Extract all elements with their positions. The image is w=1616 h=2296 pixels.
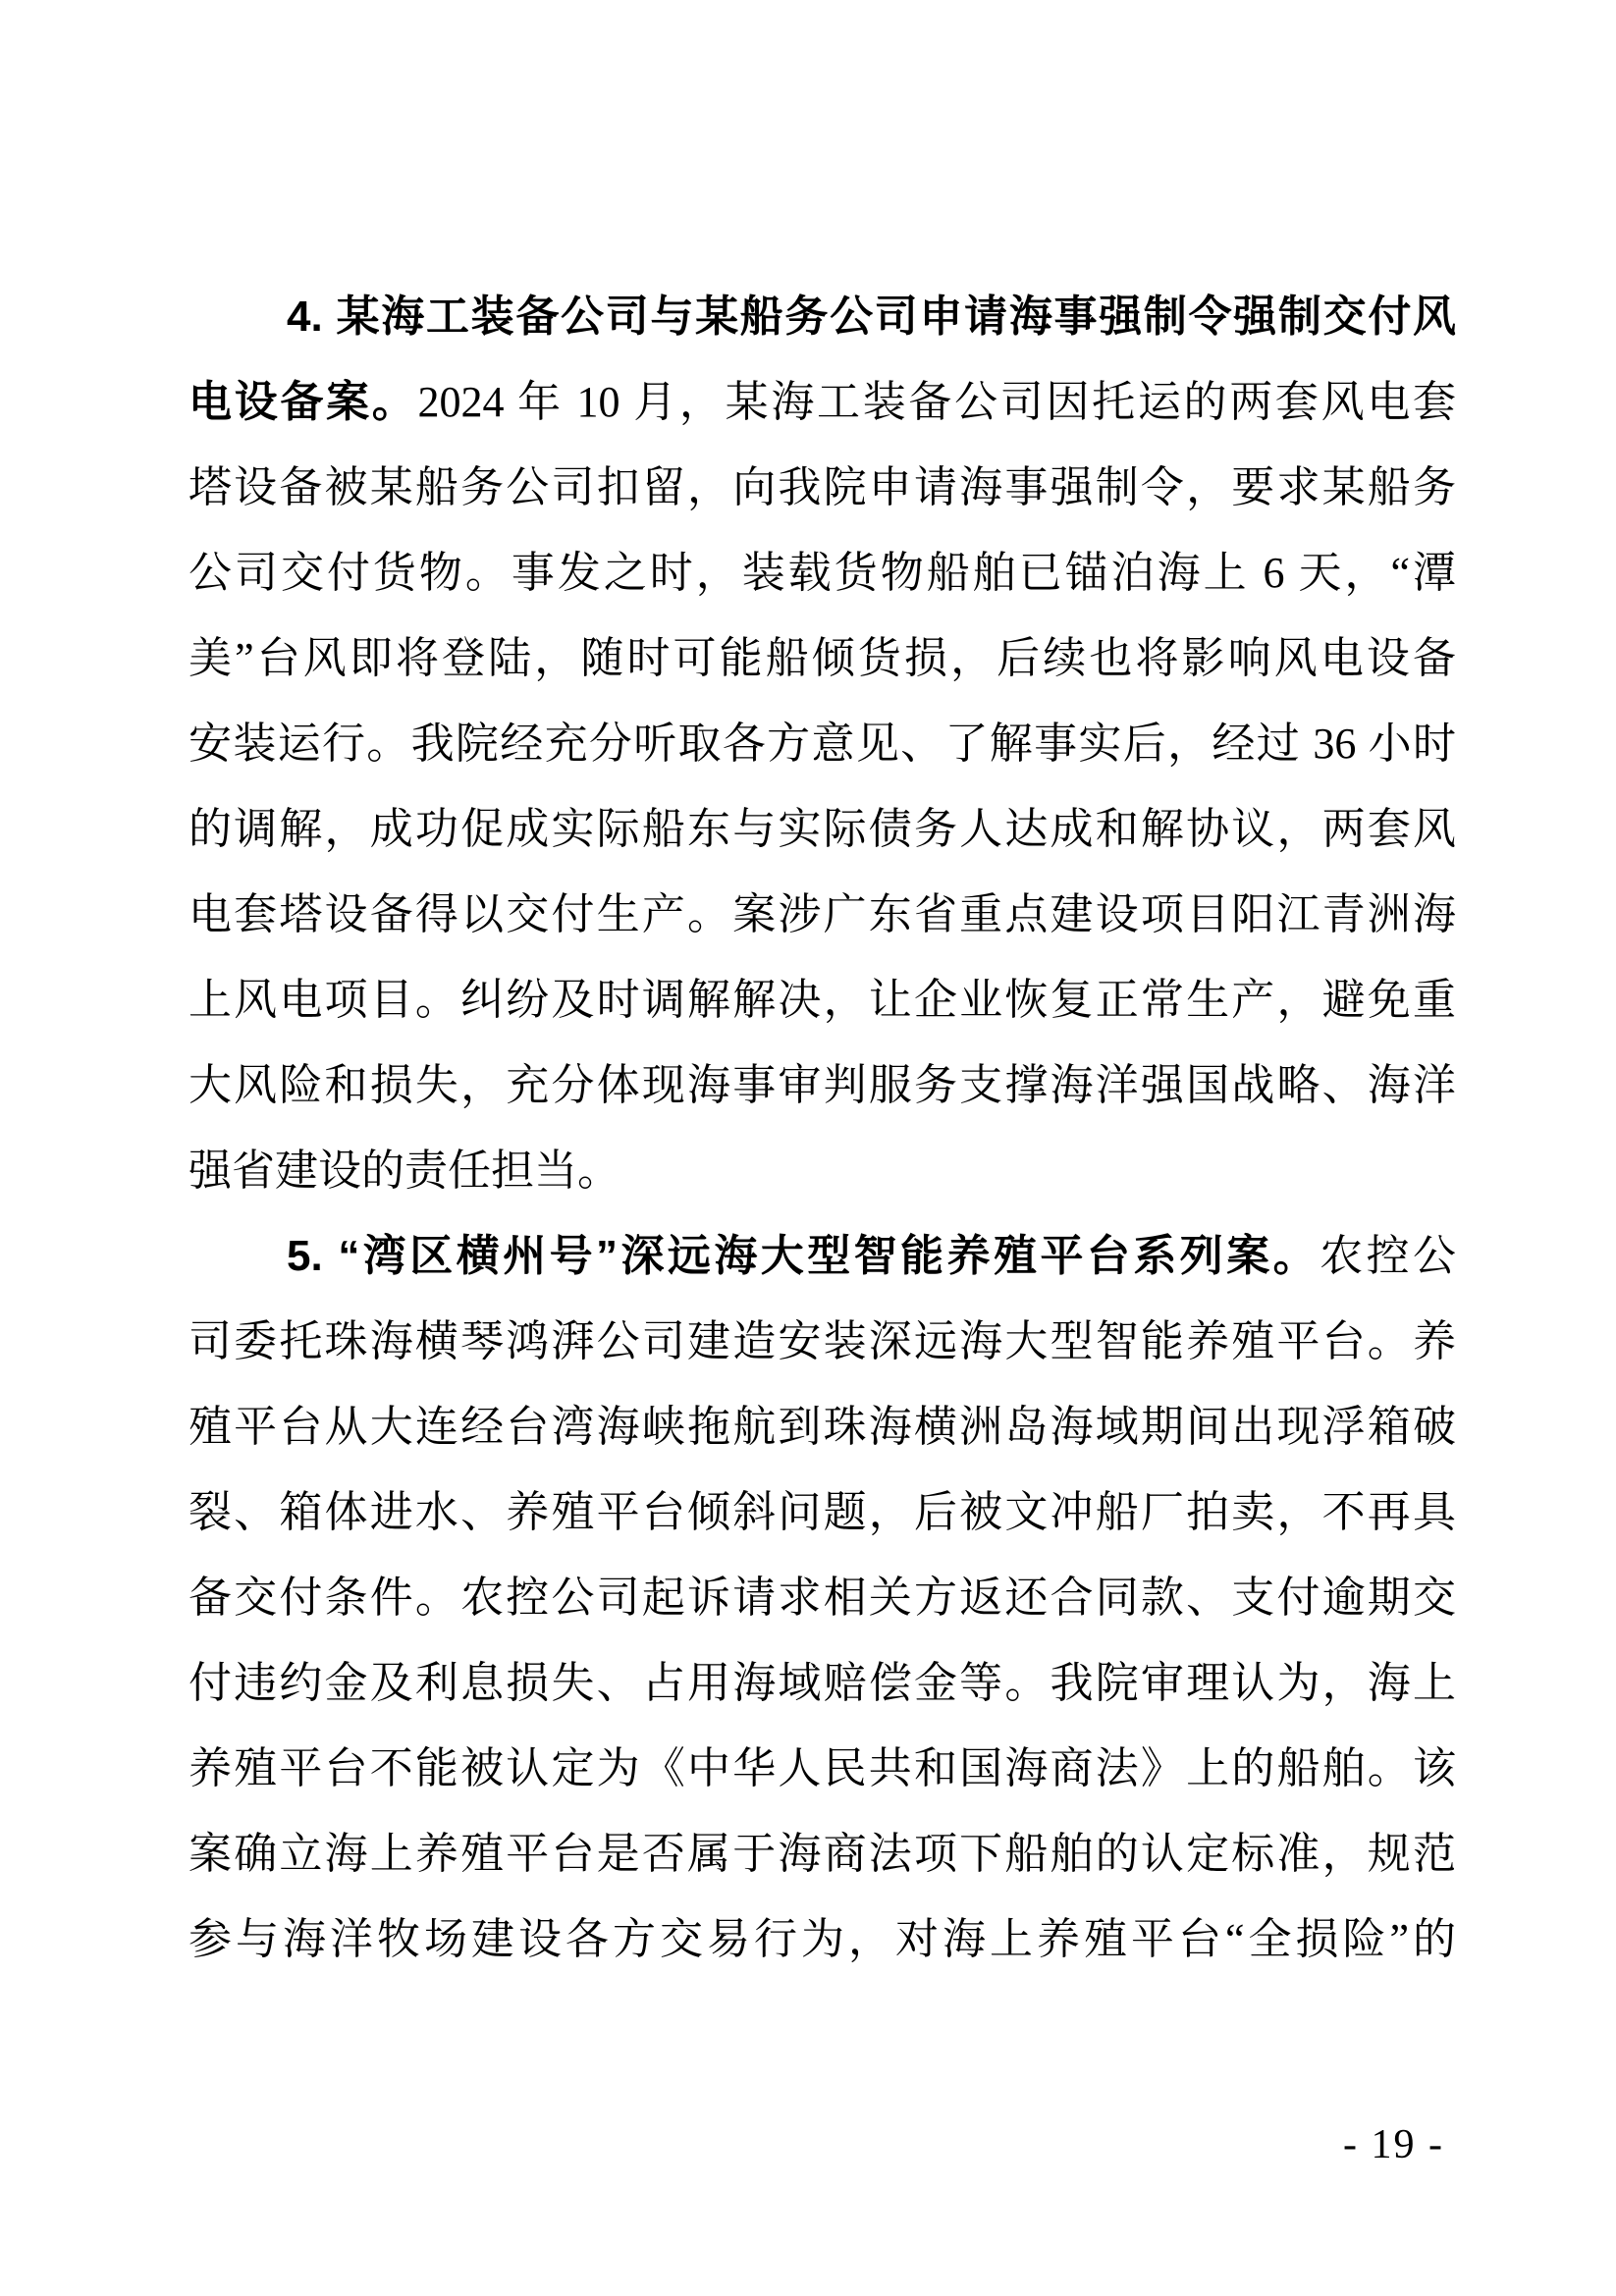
paragraph-5-line-7: 养殖平台不能被认定为《中华人民共和国海商法》上的船舶。该	[189, 1726, 1456, 1811]
paragraph-5-line-9: 参与海洋牧场建设各方交易行为，对海上养殖平台“全损险”的	[189, 1896, 1456, 1982]
paragraph-4-text: 2024 年 10 月，某海工装备公司因托运的两套风电套	[417, 378, 1456, 426]
paragraph-5-heading-line: 5. “湾区横州号”深远海大型智能养殖平台系列案。农控公	[189, 1213, 1456, 1299]
paragraph-5-line-4: 裂、箱体进水、养殖平台倾斜问题，后被文冲船厂拍卖，不再具	[189, 1469, 1456, 1555]
document-body: 4. 某海工装备公司与某船务公司申请海事强制令强制交付风 电设备案。2024 年…	[189, 274, 1456, 1982]
paragraph-4-line-5: 美”台风即将登陆，随时可能船倾货损，后续也将影响风电设备	[189, 615, 1456, 701]
paragraph-4-line-4: 公司交付货物。事发之时，装载货物船舶已锚泊海上 6 天，“潭	[189, 530, 1456, 615]
case-5-title: 5. “湾区横州号”深远海大型智能养殖平台系列案。	[287, 1232, 1320, 1280]
paragraph-4-line-2: 电设备案。2024 年 10 月，某海工装备公司因托运的两套风电套	[189, 359, 1456, 445]
page-number: - 19 -	[1343, 2120, 1444, 2169]
case-4-title: 4. 某海工装备公司与某船务公司申请海事强制令强制交付风	[287, 293, 1456, 341]
paragraph-4-line-9: 上风电项目。纠纷及时调解解决，让企业恢复正常生产，避免重	[189, 957, 1456, 1042]
paragraph-5-line-6: 付违约金及利息损失、占用海域赔偿金等。我院审理认为，海上	[189, 1640, 1456, 1726]
paragraph-5-text: 农控公	[1320, 1232, 1456, 1280]
document-page: 4. 某海工装备公司与某船务公司申请海事强制令强制交付风 电设备案。2024 年…	[0, 0, 1616, 2296]
paragraph-5-line-5: 备交付条件。农控公司起诉请求相关方返还合同款、支付逾期交	[189, 1555, 1456, 1640]
paragraph-4-line-10: 大风险和损失，充分体现海事审判服务支撑海洋强国战略、海洋	[189, 1042, 1456, 1128]
paragraph-4-line-11: 强省建设的责任担当。	[189, 1128, 1456, 1213]
case-4-title-continued: 电设备案。	[189, 378, 417, 426]
paragraph-5-line-8: 案确立海上养殖平台是否属于海商法项下船舶的认定标准，规范	[189, 1811, 1456, 1896]
paragraph-5-line-2: 司委托珠海横琴鸿湃公司建造安装深远海大型智能养殖平台。养	[189, 1299, 1456, 1384]
paragraph-4-line-3: 塔设备被某船务公司扣留，向我院申请海事强制令，要求某船务	[189, 445, 1456, 530]
paragraph-4-line-6: 安装运行。我院经充分听取各方意见、了解事实后，经过 36 小时	[189, 701, 1456, 786]
paragraph-4-line-7: 的调解，成功促成实际船东与实际债务人达成和解协议，两套风	[189, 786, 1456, 872]
paragraph-4-line-8: 电套塔设备得以交付生产。案涉广东省重点建设项目阳江青洲海	[189, 872, 1456, 957]
paragraph-4-heading-line: 4. 某海工装备公司与某船务公司申请海事强制令强制交付风	[189, 274, 1456, 359]
paragraph-5-line-3: 殖平台从大连经台湾海峡拖航到珠海横洲岛海域期间出现浮箱破	[189, 1384, 1456, 1469]
